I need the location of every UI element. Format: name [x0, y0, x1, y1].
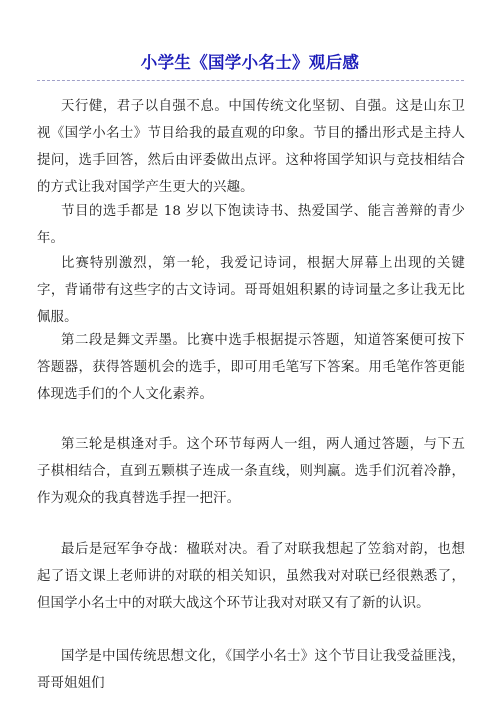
paragraph-4: 第二段是舞文弄墨。比赛中选手根据提示答题，知道答案便可按下答题器，获得答题机会的… [37, 327, 465, 408]
paragraph-2: 节目的选手都是 18 岁以下饱读诗书、热爱国学、能言善辩的青少年。 [37, 198, 465, 252]
paragraph-6: 最后是冠军争夺战：楹联对决。看了对联我想起了笠翁对韵，也想起了语文课上老师讲的对… [37, 536, 465, 617]
paragraph-3: 比赛特别激烈，第一轮，我爱记诗词，根据大屏幕上出现的关键字，背诵带有这些字的古文… [37, 250, 465, 331]
paragraph-1: 天行健，君子以自强不息。中国传统文化坚韧、自强。这是山东卫视《国学小名士》节目给… [37, 93, 465, 201]
paragraph-5: 第三轮是棋逢对手。这个环节每两人一组，两人通过答题，与下五子棋相结合，直到五颗棋… [37, 431, 465, 512]
title-divider [37, 80, 464, 81]
document-title: 小学生《国学小名士》观后感 [0, 49, 500, 73]
paragraph-7: 国学是中国传统思想文化，《国学小名士》这个节目让我受益匪浅，哥哥姐姐们 [37, 643, 465, 697]
